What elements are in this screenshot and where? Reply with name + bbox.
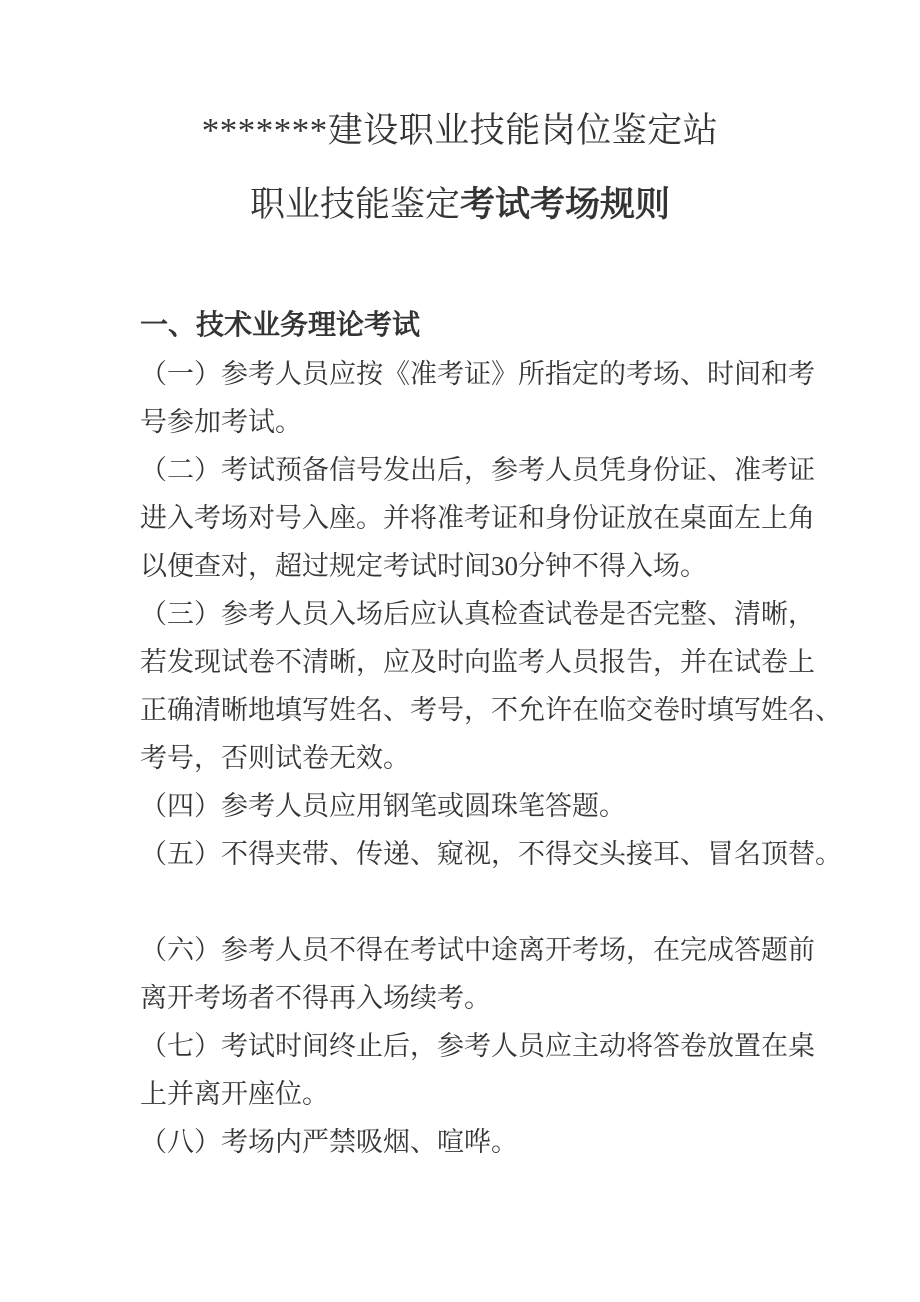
title-rules-regular-part: 职业技能鉴定 <box>250 185 460 224</box>
text-line: 号参加考试。 <box>140 398 920 446</box>
section-heading-theory-exam: 一、技术业务理论考试 <box>140 302 920 350</box>
document-title-org: *******建设职业技能岗位鉴定站 <box>0 108 920 154</box>
paragraph-spacer <box>140 878 920 926</box>
text-line: 考号，否则试卷无效。 <box>140 734 920 782</box>
paragraph-rule-8: （八）考场内严禁吸烟、喧哗。 <box>140 1118 920 1166</box>
text-line: （二）考试预备信号发出后，参考人员凭身份证、准考证 <box>140 446 920 494</box>
title-rules-bold-part: 考试考场规则 <box>460 185 670 224</box>
text-line: 上并离开座位。 <box>140 1070 920 1118</box>
text-line: 以便查对，超过规定考试时间30分钟不得入场。 <box>140 542 920 590</box>
paragraph-rule-7: （七）考试时间终止后，参考人员应主动将答卷放置在桌上并离开座位。 <box>140 1022 920 1118</box>
paragraph-rule-3: （三）参考人员入场后应认真检查试卷是否完整、清晰，若发现试卷不清晰，应及时向监考… <box>140 590 920 782</box>
text-line: 正确清晰地填写姓名、考号，不允许在临交卷时填写姓名、 <box>140 686 920 734</box>
text-line: （四）参考人员应用钢笔或圆珠笔答题。 <box>140 782 920 830</box>
text-line <box>140 878 920 926</box>
paragraph-rule-5: （五）不得夹带、传递、窥视，不得交头接耳、冒名顶替。 <box>140 830 920 878</box>
document-title-rules: 职业技能鉴定考试考场规则 <box>0 182 920 228</box>
paragraph-rule-6: （六）参考人员不得在考试中途离开考场，在完成答题前离开考场者不得再入场续考。 <box>140 926 920 1022</box>
document-page: *******建设职业技能岗位鉴定站 职业技能鉴定考试考场规则 一、技术业务理论… <box>0 0 920 1302</box>
document-body: （一）参考人员应按《准考证》所指定的考场、时间和考号参加考试。（二）考试预备信号… <box>140 350 920 1166</box>
text-line: （一）参考人员应按《准考证》所指定的考场、时间和考 <box>140 350 920 398</box>
text-line: 进入考场对号入座。并将准考证和身份证放在桌面左上角 <box>140 494 920 542</box>
text-line: （七）考试时间终止后，参考人员应主动将答卷放置在桌 <box>140 1022 920 1070</box>
paragraph-rule-2: （二）考试预备信号发出后，参考人员凭身份证、准考证进入考场对号入座。并将准考证和… <box>140 446 920 590</box>
paragraph-rule-4: （四）参考人员应用钢笔或圆珠笔答题。 <box>140 782 920 830</box>
text-line: 若发现试卷不清晰，应及时向监考人员报告，并在试卷上 <box>140 638 920 686</box>
text-line: （六）参考人员不得在考试中途离开考场，在完成答题前 <box>140 926 920 974</box>
text-line: （八）考场内严禁吸烟、喧哗。 <box>140 1118 920 1166</box>
text-line: （三）参考人员入场后应认真检查试卷是否完整、清晰， <box>140 590 920 638</box>
text-line: 离开考场者不得再入场续考。 <box>140 974 920 1022</box>
text-line: （五）不得夹带、传递、窥视，不得交头接耳、冒名顶替。 <box>140 830 920 878</box>
paragraph-rule-1: （一）参考人员应按《准考证》所指定的考场、时间和考号参加考试。 <box>140 350 920 446</box>
